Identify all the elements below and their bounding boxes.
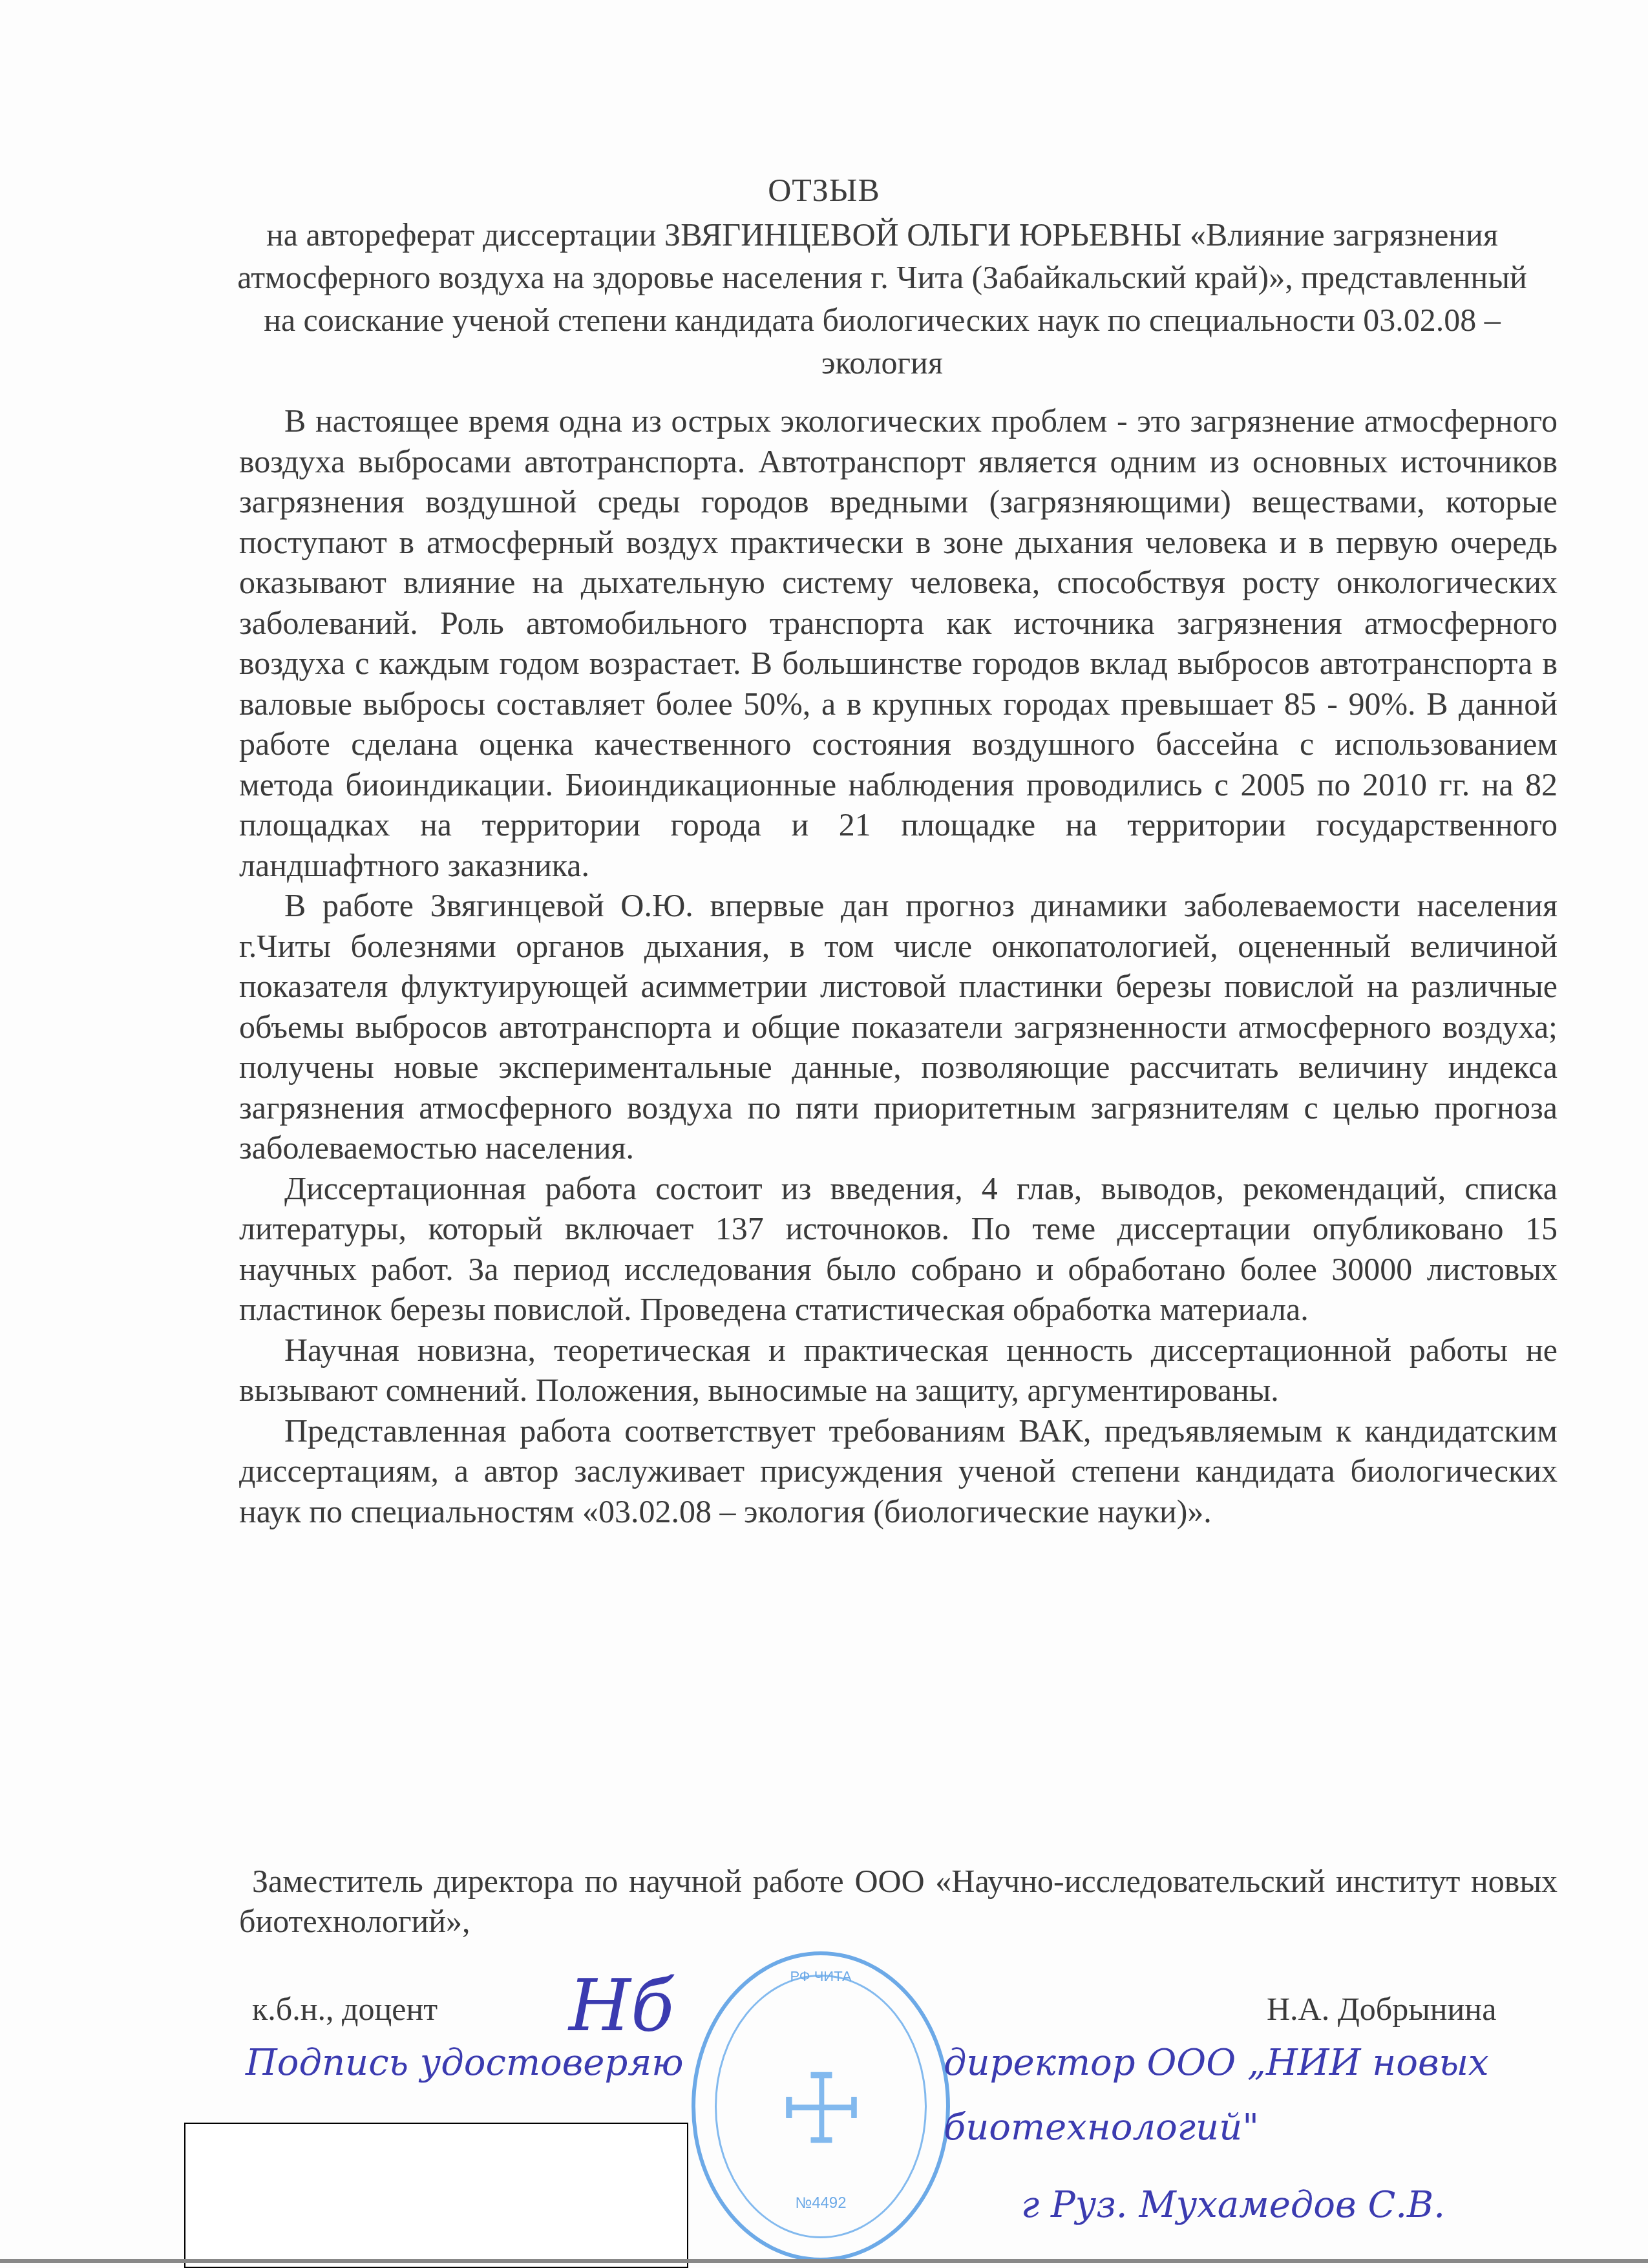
paragraph-conclusion: Представленная работа соответствует треб… — [239, 1411, 1558, 1532]
academic-degree: к.б.н., доцент — [252, 1990, 438, 2028]
handwritten-certify-line2: биотехнологий" — [944, 2106, 1259, 2148]
handwritten-signature: Нб — [569, 1964, 674, 2047]
document-title: ОТЗЫВ — [0, 171, 1648, 209]
handwritten-certify-line3: г Руз. Мухамедов С.В. — [1021, 2184, 1445, 2226]
paragraph-assessment: Научная новизна, теоретическая и практич… — [239, 1330, 1558, 1411]
stamp-ring-text: РФ ЧИТА — [695, 1968, 946, 1985]
stamp-number: №4492 — [695, 2194, 946, 2212]
signatory-name: Н.А. Добрынина — [1267, 1990, 1496, 2028]
signatory-position: Заместитель директора по научной работе … — [239, 1861, 1558, 1941]
paragraph-novelty: В работе Звягинцевой О.Ю. впервые дан пр… — [239, 885, 1558, 1168]
handwritten-certify-left: Подпись удостоверяю — [246, 2042, 684, 2084]
position-text: Заместитель директора по научной работе … — [239, 1861, 1558, 1941]
review-body: В настоящее время одна из острых экологи… — [239, 401, 1558, 1531]
document-page: ОТЗЫВ на автореферат диссертации ЗВЯГИНЦ… — [0, 0, 1648, 2268]
eagle-emblem-icon: ☩ — [766, 2052, 876, 2168]
redacted-box — [184, 2123, 688, 2268]
document-subtitle: на автореферат диссертации ЗВЯГИНЦЕВОЙ О… — [233, 213, 1532, 384]
paragraph-intro: В настоящее время одна из острых экологи… — [239, 401, 1558, 885]
handwritten-certify-right: директор ООО „НИИ новых — [944, 2042, 1489, 2084]
scan-edge-line — [0, 2259, 1648, 2263]
official-stamp: РФ ЧИТА ☩ №4492 — [692, 1951, 950, 2262]
paragraph-structure: Диссертационная работа состоит из введен… — [239, 1168, 1558, 1330]
